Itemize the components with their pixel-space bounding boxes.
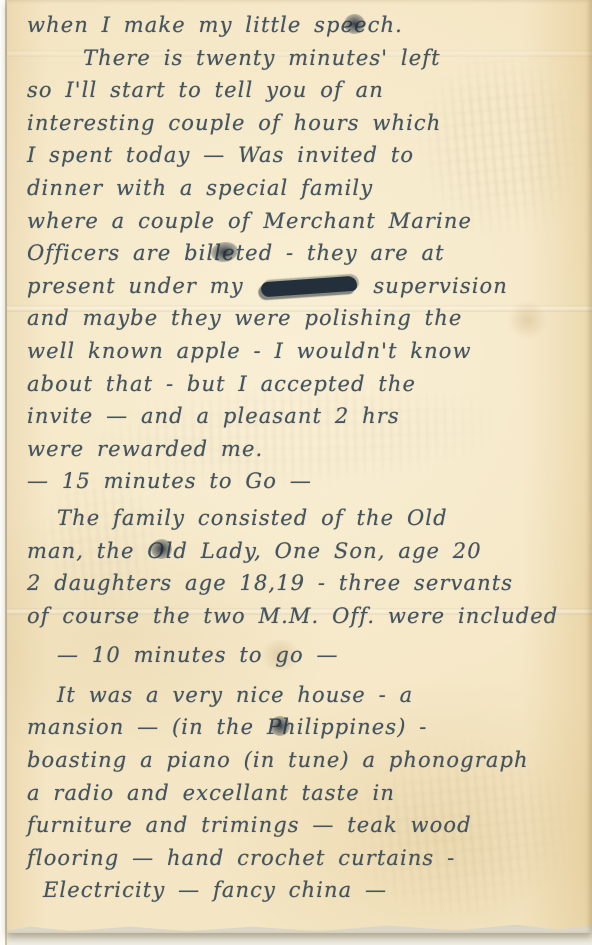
redacted-ink-blot [260,275,357,297]
letter-line: — 15 minutes to Go — [27,465,584,498]
letter-line: Officers are billeted - they are at [27,237,584,270]
letter-line: present under my supervision [27,270,584,303]
ink-blotted-word: Phi [267,711,305,744]
letter-line: Electricity — fancy china — [43,874,584,907]
letter-line: well known apple - I wouldn't know [27,335,584,368]
letter-line: It was a very nice house - a [57,679,584,712]
letter-line: I spent today — Was invited to [27,139,584,172]
ink-blotted-word: llete [206,237,258,270]
letter-line: about that - but I accepted the [27,368,584,401]
letter-line: so I'll start to tell you of an [27,74,584,107]
letter-line: The family consisted of the Old [57,502,584,535]
letter-line: interesting couple of hours which [27,107,584,140]
letter-line: a radio and excellant taste in [27,777,584,810]
letter-line: man, the Old Lady, One Son, age 20 [27,535,584,568]
letter-line: furniture and trimings — teak wood [27,809,584,842]
ink-blotted-word: eec [341,9,381,42]
letter-line: — 10 minutes to go — [57,639,584,672]
letter-line: when I make my little speech. [27,9,584,42]
letter-line: and maybe they were polishing the [27,302,584,335]
letter-line: There is twenty minutes' left [83,42,584,75]
letter-line: dinner with a special family [27,172,584,205]
letter-line: flooring — hand crochet curtains - [27,842,584,875]
letter-line: were rewarded me. [27,433,584,466]
letter-lines: when I make my little speech.There is tw… [27,9,584,907]
letter-line: boasting a piano (in tune) a phonograph [27,744,584,777]
letter-line: invite — and a pleasant 2 hrs [27,400,584,433]
letter-line: 2 daughters age 18,19 - three servants [27,567,584,600]
letter-scan: when I make my little speech.There is tw… [0,0,592,945]
ink-blotted-word: Old [147,535,188,568]
letter-line: of course the two M.M. Off. were include… [27,600,584,633]
letter-line: mansion — (in the Philippines) - [27,711,584,744]
letter-line: where a couple of Merchant Marine [27,205,584,238]
letter-paper: when I make my little speech.There is tw… [7,0,592,933]
